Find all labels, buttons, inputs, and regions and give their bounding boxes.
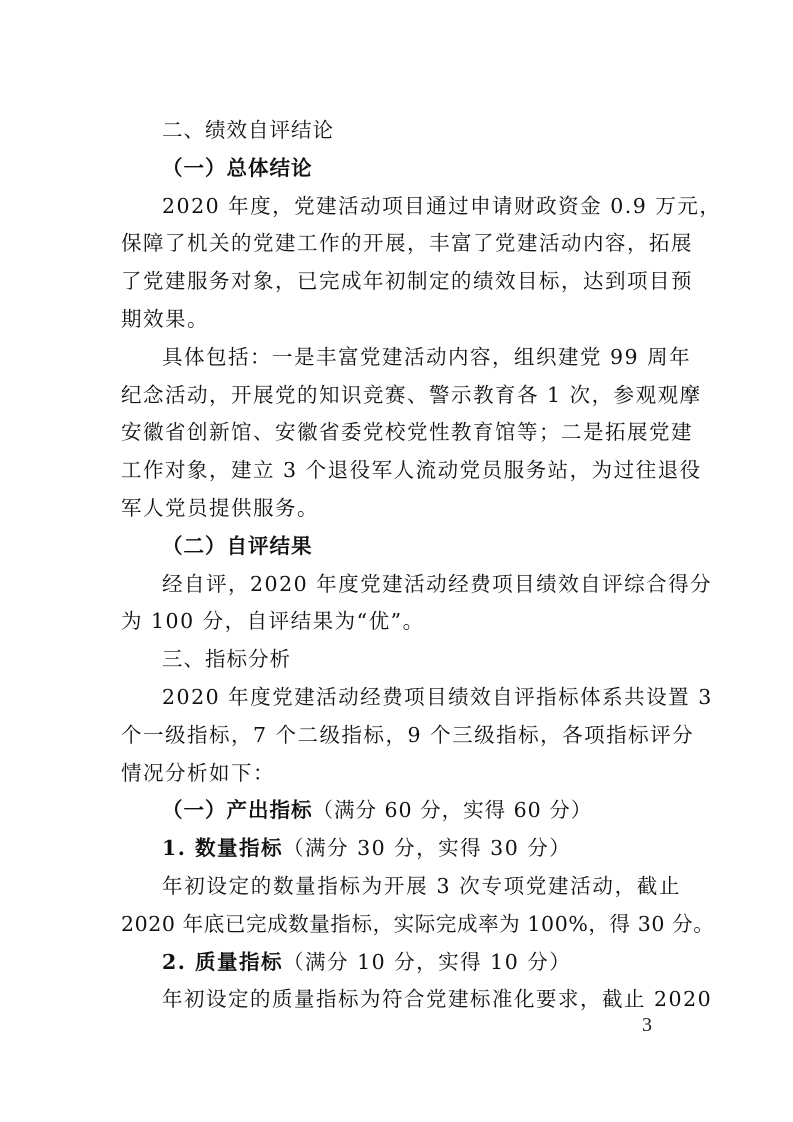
section-heading-conclusion: 二、绩效自评结论 [121, 112, 681, 150]
paragraph-line: 2020 年度党建活动经费项目绩效自评指标体系共设置 3 [121, 679, 681, 717]
paragraph-line: 年初设定的质量指标为符合党建标准化要求，截止 2020 [121, 981, 681, 1019]
paragraph-line: 情况分析如下： [121, 755, 681, 793]
quantity-indicator-title: 1. 数量指标 [162, 836, 283, 860]
paragraph-line: 个一级指标，7 个二级指标，9 个三级指标，各项指标评分 [121, 717, 681, 755]
output-indicator-title: （一）产出指标 [162, 798, 313, 822]
paragraph-line: 2020 年底已完成数量指标，实际完成率为 100%，得 30 分。 [121, 906, 681, 944]
paragraph-line: 年初设定的数量指标为开展 3 次专项党建活动，截止 [121, 868, 681, 906]
paragraph-line: 经自评，2020 年度党建活动经费项目绩效自评综合得分 [121, 566, 681, 604]
quality-indicator-title: 2. 质量指标 [162, 950, 283, 974]
paragraph-line: 期效果。 [121, 301, 681, 339]
paragraph-line: 军人党员提供服务。 [121, 490, 681, 528]
paragraph-line: 保障了机关的党建工作的开展，丰富了党建活动内容，拓展 [121, 225, 681, 263]
paragraph-line: 2020 年度，党建活动项目通过申请财政资金 0.9 万元， [121, 188, 681, 226]
quantity-indicator-score: （满分 30 分，实得 30 分） [283, 836, 571, 860]
paragraph-line: 纪念活动，开展党的知识竞赛、警示教育各 1 次，参观观摩 [121, 377, 681, 415]
document-page: 二、绩效自评结论 （一）总体结论 2020 年度，党建活动项目通过申请财政资金 … [121, 112, 681, 1019]
quantity-indicator-heading: 1. 数量指标（满分 30 分，实得 30 分） [121, 830, 681, 868]
output-indicator-score: （满分 60 分，实得 60 分） [313, 798, 593, 822]
subheading-self-evaluation-result: （二）自评结果 [121, 528, 681, 566]
page-number: 3 [642, 1014, 652, 1037]
quality-indicator-score: （满分 10 分，实得 10 分） [283, 950, 571, 974]
section-heading-indicator-analysis: 三、指标分析 [121, 641, 681, 679]
paragraph-line: 了党建服务对象，已完成年初制定的绩效目标，达到项目预 [121, 263, 681, 301]
paragraph-line: 为 100 分，自评结果为“优”。 [121, 603, 681, 641]
quality-indicator-heading: 2. 质量指标（满分 10 分，实得 10 分） [121, 944, 681, 982]
output-indicator-heading: （一）产出指标（满分 60 分，实得 60 分） [121, 792, 681, 830]
paragraph-line: 安徽省创新馆、安徽省委党校党性教育馆等；二是拓展党建 [121, 414, 681, 452]
subheading-overall-conclusion: （一）总体结论 [121, 150, 681, 188]
paragraph-line: 工作对象，建立 3 个退役军人流动党员服务站，为过往退役 [121, 452, 681, 490]
paragraph-line: 具体包括：一是丰富党建活动内容，组织建党 99 周年 [121, 339, 681, 377]
